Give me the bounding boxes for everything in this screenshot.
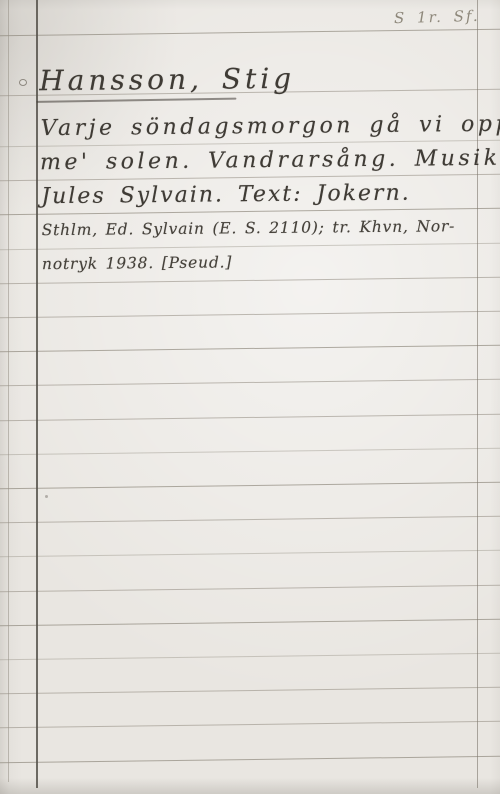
song-title-line-2: me' solen. Vandrarsång. Musik: (40, 146, 500, 176)
credits-line: Jules Sylvain. Text: Jokern. (41, 181, 411, 210)
handwriting-layer: Hansson, Stig Varje söndagsmorgon gå vi … (0, 0, 500, 794)
song-title-line-1: Varje söndagsmorgon gå vi opp (41, 112, 500, 142)
imprint-line-1: Sthlm, Ed. Sylvain (E. S. 2110); tr. Khv… (42, 217, 456, 239)
entry-heading: Hansson, Stig (39, 62, 295, 97)
imprint-line-2: notryk 1938. [Pseud.] (42, 253, 232, 273)
index-card-page: S 1r. Sf. Hansson, Stig Varje söndagsmor… (0, 0, 500, 794)
heading-underline-flourish (36, 98, 236, 103)
